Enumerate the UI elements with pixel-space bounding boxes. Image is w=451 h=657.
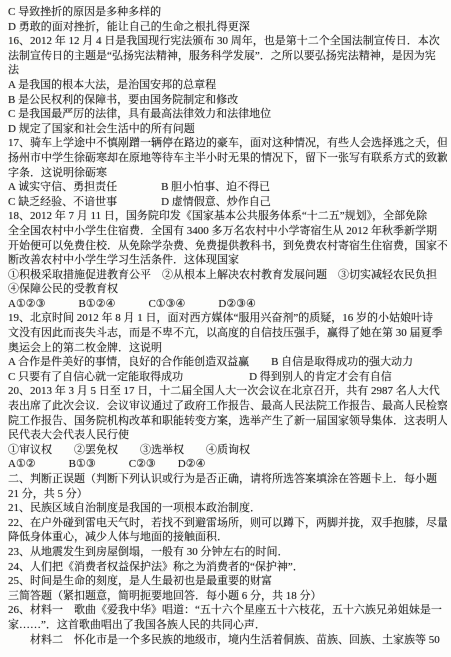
q18-line-7: A①②③ B①②④ C①③④ D②③④	[8, 297, 447, 312]
q17-line-1: 17、骑车上学途中不慎剐蹭一辆停在路边的豪车，面对这种情况，有些人会选择逃之夭，…	[8, 136, 447, 151]
q23: 23、从地震发生到房屋倒塌，一般有 30 分钟左右的时间．	[8, 545, 447, 560]
q15-remaining-options-line-1: C 导致挫折的原因是多种多样的	[8, 5, 447, 20]
q16-line-6: C 是我国最严厉的法律，具有最高法律效力和法律地位	[8, 107, 447, 122]
q24-line-1: 24、人们把《消费者权益保护法》称之为消费者的“保护神”．	[8, 560, 447, 575]
q16-line-4: A 是我国的根本大法，是治国安邦的总章程	[8, 78, 447, 93]
q24: 24、人们把《消费者权益保护法》称之为消费者的“保护神”．	[8, 560, 447, 575]
section3-header: 三简答题（紧扣题意，简明扼要地回答．每小题 6 分，共 18 分）	[8, 589, 447, 604]
q26-line-2: 家……”．这首歌曲唱出了我国各族人民的共同心声．	[8, 618, 447, 633]
q20-line-1: 20、2013 年 3 月 5 日至 17 日，十二届全国人大一次会议在北京召开…	[8, 384, 447, 399]
q21: 21、民族区域自治制度是我国的一项根本政治制度．	[8, 501, 447, 516]
q15-remaining-options-line-2: D 勇敢的面对挫折，能让自己的生命之根扎得更深	[8, 20, 447, 35]
q20-line-3: 院工作报告、国务院机构改革和职能转变方案，选举产生了新一届国家领导集体．这表明人	[8, 414, 447, 429]
q17: 17、骑车上学途中不慎剐蹭一辆停在路边的豪车，面对这种情况，有些人会选择逃之夭，…	[8, 136, 447, 209]
q26: 26、材料一 歌曲《爱我中华》唱道：“五十六个星座五十六枝花，五十六族兄弟姐妹是…	[8, 603, 447, 647]
q21-line-1: 21、民族区域自治制度是我国的一项根本政治制度．	[8, 501, 447, 516]
q16-line-1: 16、2012 年 12 月 4 日是我国现行宪法颁布 30 周年，也是第十二个…	[8, 34, 447, 49]
q18-line-3: 开始便可以免费住校．从免除学杂费、免费提供教科书，到免费农村寄宿生住宿费，国家不	[8, 239, 447, 254]
q22-line-1: 22、在户外碰到雷电天气时，若找不到避雷场所，则可以蹲下，两脚并拢，双手抱膝，尽…	[8, 516, 447, 531]
q16-line-5: B 是公民权利的保障书，要由国务院制定和修改	[8, 93, 447, 108]
q18-line-1: 18、2012 年 7 月 11 日，国务院印发《国家基本公共服务体系“十二五”…	[8, 209, 447, 224]
exam-page: C 导致挫折的原因是多种多样的D 勇敢的面对挫折，能让自己的生命之根扎得更深16…	[0, 0, 451, 657]
section3-header-line-1: 三简答题（紧扣题意，简明扼要地回答．每小题 6 分，共 18 分）	[8, 589, 447, 604]
q15-remaining-options: C 导致挫折的原因是多种多样的D 勇敢的面对挫折，能让自己的生命之根扎得更深	[8, 5, 447, 34]
q18-line-5: ①积极采取措施促进教育公平 ②从根本上解决农村教育发展问题 ③切实减轻农民负担	[8, 268, 447, 283]
q23-line-1: 23、从地震发生到房屋倒塌，一般有 30 分钟左右的时间．	[8, 545, 447, 560]
q22-line-2: 降低身体重心，减少人体与地面的接触面积．	[8, 530, 447, 545]
q18: 18、2012 年 7 月 11 日，国务院印发《国家基本公共服务体系“十二五”…	[8, 209, 447, 311]
q26-line-3: 材料二 怀化市是一个多民族的地级市，境内生活着侗族、苗族、回族、土家族等 50	[8, 633, 447, 648]
q17-line-2: 扬州市中学生徐砺寒却在原地等待车主半小时无果的情况下，留下一张写有联系方式的致歉	[8, 151, 447, 166]
q25: 25、时间是生命的刻度，是人生最初也是最重要的财富	[8, 574, 447, 589]
q19-line-3: 奥运会上的第二枚金牌．这说明	[8, 341, 447, 356]
q20-line-2: 表出席了此次会议．会议审议通过了政府工作报告、最高人民法院工作报告、最高人民检察	[8, 399, 447, 414]
section2-header-line-2: 21 分，共 5 分）	[8, 487, 447, 502]
q26-line-1: 26、材料一 歌曲《爱我中华》唱道：“五十六个星座五十六枝花，五十六族兄弟姐妹是…	[8, 603, 447, 618]
q16: 16、2012 年 12 月 4 日是我国现行宪法颁布 30 周年，也是第十二个…	[8, 34, 447, 136]
q18-line-6: ④保障公民的受教育权	[8, 282, 447, 297]
q19-line-1: 19、北京时间 2012 年 8 月 1 日，面对西方媒体“服用兴奋剂”的质疑，…	[8, 311, 447, 326]
q19-line-5: C 只要有了自信心就一定能取得成功 D 得到别人的肯定才会有自信	[8, 370, 447, 385]
document-body: C 导致挫折的原因是多种多样的D 勇敢的面对挫折，能让自己的生命之根扎得更深16…	[8, 5, 447, 647]
q20-line-4: 民代表大会代表人民行使	[8, 428, 447, 443]
q20: 20、2013 年 3 月 5 日至 17 日，十二届全国人大一次会议在北京召开…	[8, 384, 447, 472]
q16-line-3: 法	[8, 63, 447, 78]
q19-line-2: 文没有因此而丧失斗志，而是不卑不亢，以高度的自信技压强手，赢得了她在第 30 届…	[8, 326, 447, 341]
q17-line-3: 字条．这说明徐砺寒	[8, 166, 447, 181]
q16-line-7: D 规定了国家和社会生活中的所有问题	[8, 122, 447, 137]
q17-line-5: C 缺乏经验、不谙世事 D 虚情假意、炒作自己	[8, 195, 447, 210]
q25-line-1: 25、时间是生命的刻度，是人生最初也是最重要的财富	[8, 574, 447, 589]
section2-header-line-1: 二、判断正误题（判断下列认识或行为是否正确，请将所选答案填涂在答题卡上．每小题	[8, 472, 447, 487]
q19-line-4: A 合作是件美好的事情，良好的合作能创造双益赢 B 自信是取得成功的强大动力	[8, 355, 447, 370]
q17-line-4: A 诚实守信、勇担责任 B 胆小怕事、迫不得已	[8, 180, 447, 195]
q20-line-6: A①② B①③ C②③ D②④	[8, 457, 447, 472]
q19: 19、北京时间 2012 年 8 月 1 日，面对西方媒体“服用兴奋剂”的质疑，…	[8, 311, 447, 384]
q18-line-2: 全全国农村中小学生住宿费．全国有 3400 多万名农村中小学寄宿生从 2012 …	[8, 224, 447, 239]
q22: 22、在户外碰到雷电天气时，若找不到避雷场所，则可以蹲下，两脚并拢，双手抱膝，尽…	[8, 516, 447, 545]
section2-header: 二、判断正误题（判断下列认识或行为是否正确，请将所选答案填涂在答题卡上．每小题2…	[8, 472, 447, 501]
q16-line-2: 法制宣传日的主题是“弘扬宪法精神，服务科学发展”．之所以要弘扬宪法精神，是因为宪	[8, 49, 447, 64]
q20-line-5: ①审议权 ②罢免权 ③选举权 ④质询权	[8, 443, 447, 458]
q18-line-4: 断改善农村中小学生学习生活条件．这体现国家	[8, 253, 447, 268]
